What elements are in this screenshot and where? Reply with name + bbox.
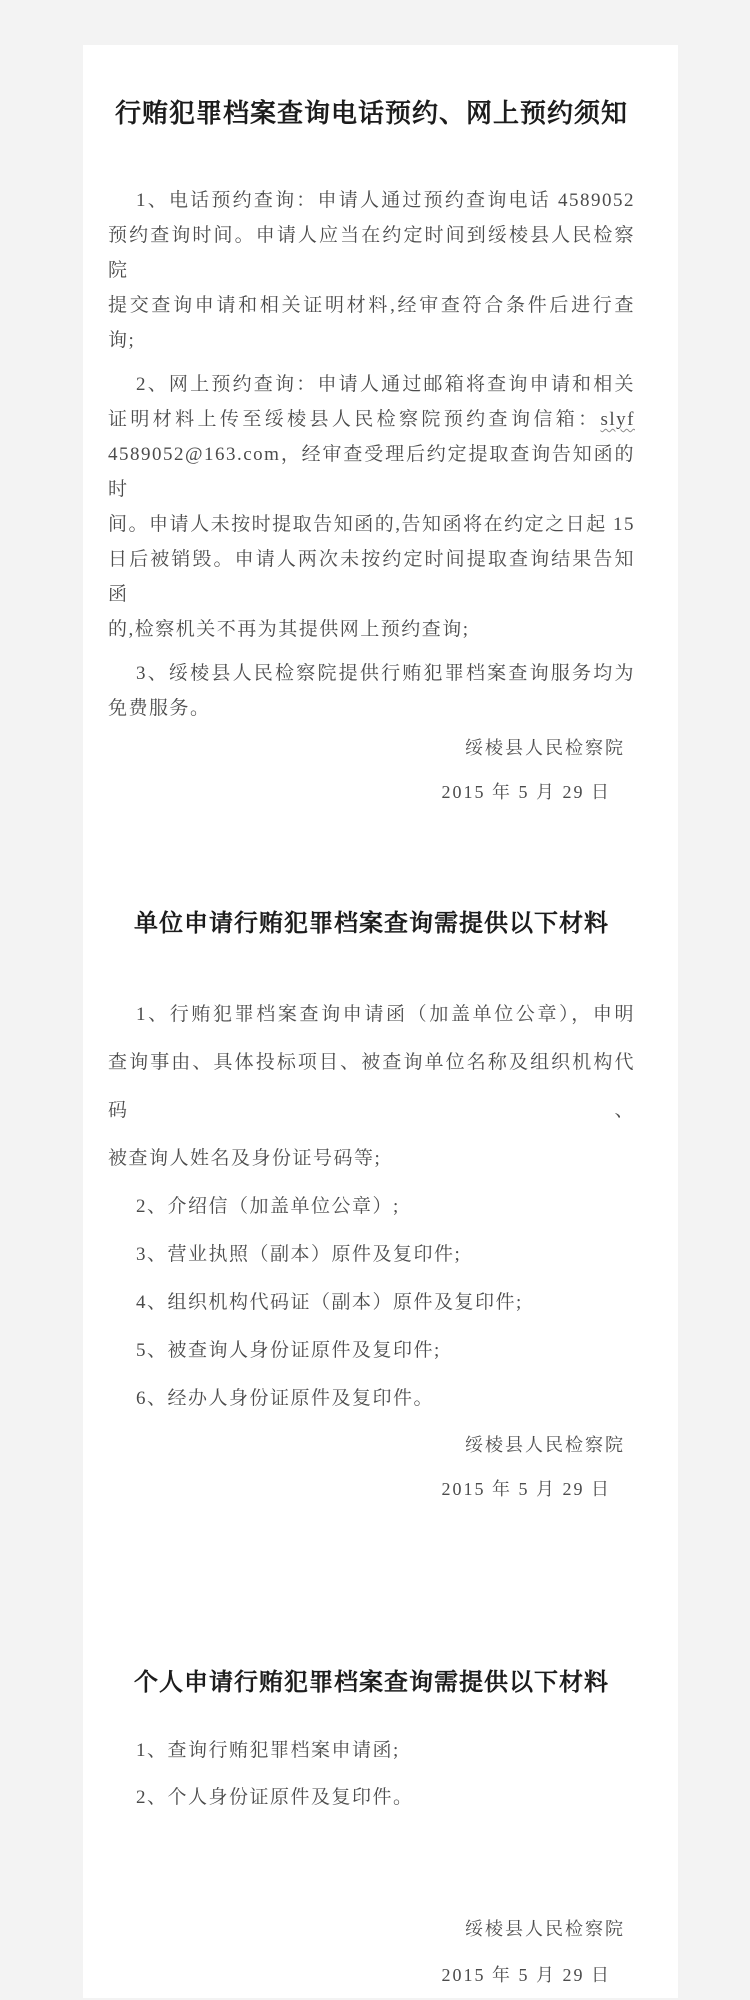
unit-item: 6、经办人身份证原件及复印件。 <box>108 1375 635 1423</box>
unit-item: 5、被查询人身份证原件及复印件; <box>108 1327 635 1375</box>
notice-line: 询; <box>108 323 635 358</box>
unit-section-title: 单位申请行贿犯罪档案查询需提供以下材料 <box>108 909 635 939</box>
signature-org: 绥棱县人民检察院 <box>108 726 625 770</box>
notice-line: 间。申请人未按时提取告知函的,告知函将在约定之日起 15 <box>108 507 635 542</box>
unit-item-line: 查询事由、具体投标项目、被查询单位名称及组织机构代码、 <box>108 1039 635 1135</box>
notice-line: 2、网上预约查询：申请人通过邮箱将查询申请和相关 <box>108 367 635 402</box>
notice-title: 行贿犯罪档案查询电话预约、网上预约须知 <box>108 98 635 128</box>
notice-line: 3、绥棱县人民检察院提供行贿犯罪档案查询服务均为 <box>108 656 635 691</box>
individual-materials-list: 1、查询行贿犯罪档案申请函; 2、个人身份证原件及复印件。 <box>108 1727 635 1821</box>
signature-block-3: 绥棱县人民检察院 2015 年 5 月 29 日 <box>108 1906 635 1998</box>
email-line-prefix: 证明材料上传至绥棱县人民检察院预约查询信箱： <box>108 409 601 430</box>
signature-org: 绥棱县人民检察院 <box>108 1906 625 1952</box>
page-background: { "page": { "background_color": "#f3f3f3… <box>0 0 750 2000</box>
individual-item: 1、查询行贿犯罪档案申请函; <box>108 1727 635 1774</box>
signature-block-1: 绥棱县人民检察院 2015 年 5 月 29 日 <box>108 726 635 814</box>
notice-line: 日后被销毁。申请人两次未按约定时间提取查询结果告知函 <box>108 542 635 612</box>
signature-date: 2015 年 5 月 29 日 <box>108 770 611 814</box>
unit-item: 2、介绍信（加盖单位公章）; <box>108 1183 635 1231</box>
notice-line: 1、电话预约查询：申请人通过预约查询电话 4589052 <box>108 183 635 218</box>
notice-line-with-email: 证明材料上传至绥棱县人民检察院预约查询信箱：slyf <box>108 402 635 437</box>
individual-section-title: 个人申请行贿犯罪档案查询需提供以下材料 <box>108 1667 635 1699</box>
notice-paragraph-2: 2、网上预约查询：申请人通过邮箱将查询申请和相关 证明材料上传至绥棱县人民检察院… <box>108 367 635 647</box>
notice-line: 预约查询时间。申请人应当在约定时间到绥棱县人民检察院 <box>108 218 635 288</box>
signature-org: 绥棱县人民检察院 <box>108 1423 625 1467</box>
unit-materials-list: 1、行贿犯罪档案查询申请函（加盖单位公章），申明 查询事由、具体投标项目、被查询… <box>108 991 635 1423</box>
unit-item-line: 被查询人姓名及身份证号码等; <box>108 1135 635 1183</box>
individual-item: 2、个人身份证原件及复印件。 <box>108 1774 635 1821</box>
notice-line: 免费服务。 <box>108 691 635 726</box>
notice-line: 提交查询申请和相关证明材料,经审查符合条件后进行查 <box>108 288 635 323</box>
notice-line: 的,检察机关不再为其提供网上预约查询; <box>108 612 635 647</box>
notice-body: 1、电话预约查询：申请人通过预约查询电话 4589052 预约查询时间。申请人应… <box>108 183 635 726</box>
unit-item: 4、组织机构代码证（副本）原件及复印件; <box>108 1279 635 1327</box>
email-user-underlined: slyf <box>601 409 636 430</box>
unit-item-line: 1、行贿犯罪档案查询申请函（加盖单位公章），申明 <box>108 991 635 1039</box>
unit-item: 3、营业执照（副本）原件及复印件; <box>108 1231 635 1279</box>
signature-date: 2015 年 5 月 29 日 <box>108 1952 611 1998</box>
signature-block-2: 绥棱县人民检察院 2015 年 5 月 29 日 <box>108 1423 635 1511</box>
notice-paragraph-1: 1、电话预约查询：申请人通过预约查询电话 4589052 预约查询时间。申请人应… <box>108 183 635 358</box>
signature-date: 2015 年 5 月 29 日 <box>108 1467 611 1511</box>
notice-paragraph-3: 3、绥棱县人民检察院提供行贿犯罪档案查询服务均为 免费服务。 <box>108 656 635 726</box>
document-paper: 行贿犯罪档案查询电话预约、网上预约须知 1、电话预约查询：申请人通过预约查询电话… <box>83 45 678 1998</box>
notice-line-email-domain: 4589052@163.com，经审查受理后约定提取查询告知函的时 <box>108 437 635 507</box>
